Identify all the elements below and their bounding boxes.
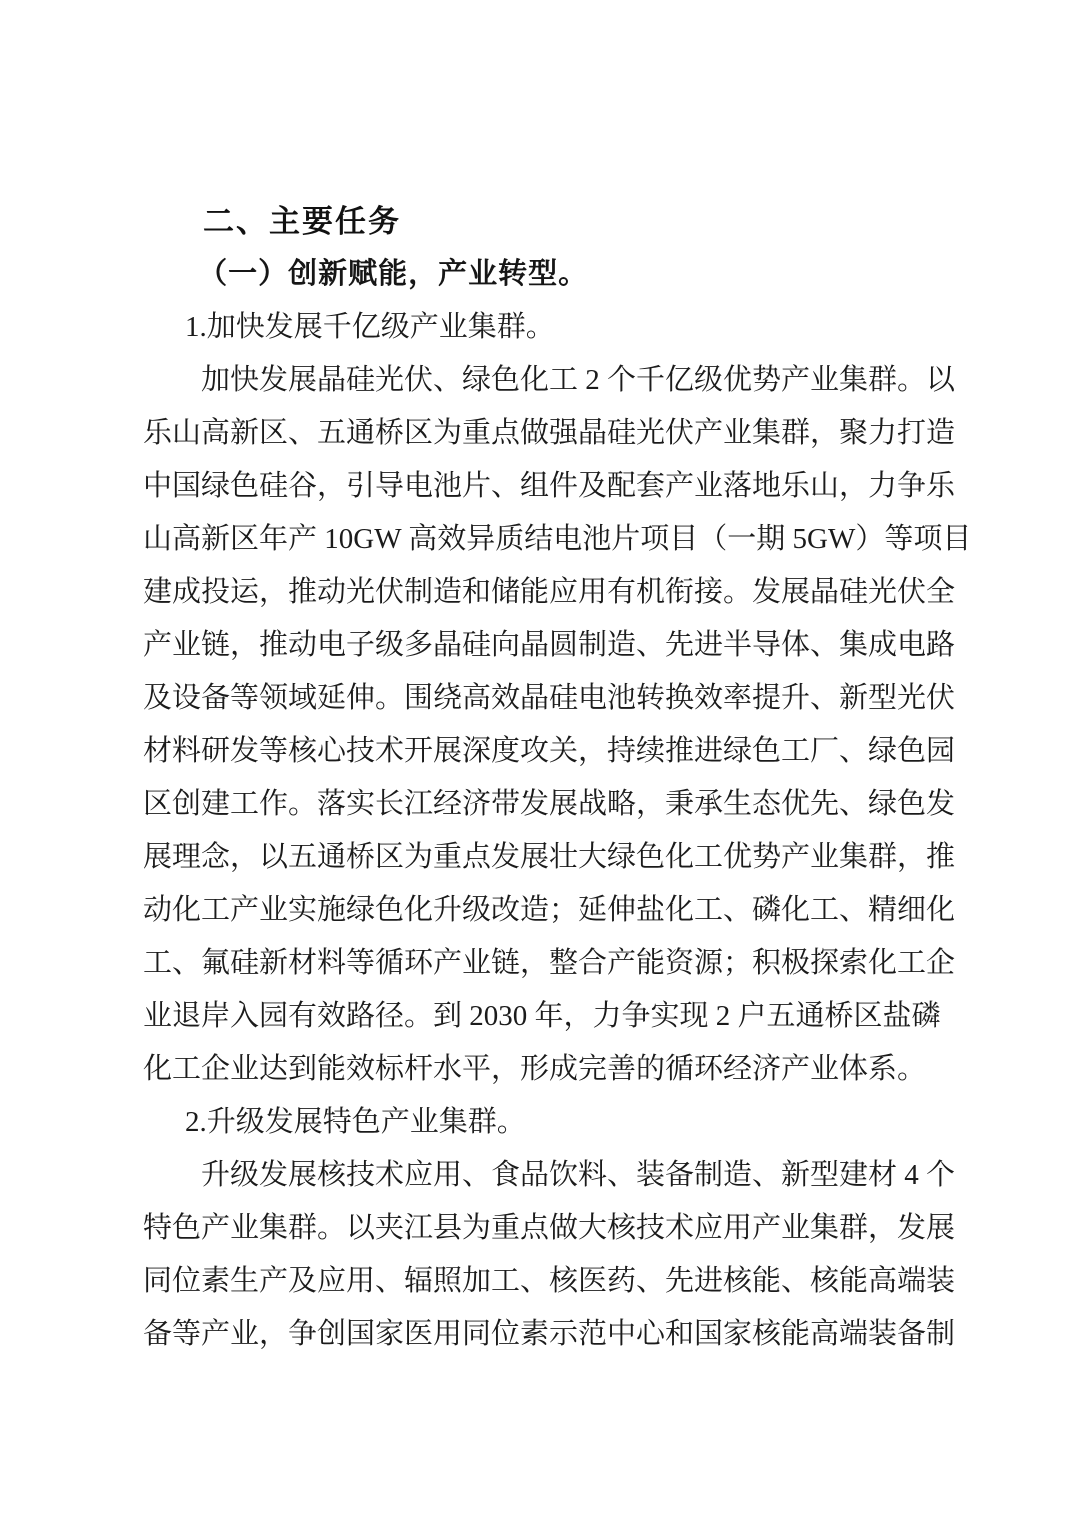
text-line: 升级发展核技术应用、食品饮料、装备制造、新型建材 4 个 — [143, 1149, 960, 1202]
text-line: 产业链，推动电子级多晶硅向晶圆制造、先进半导体、集成电路 — [143, 619, 960, 672]
paragraph-2: 升级发展核技术应用、食品饮料、装备制造、新型建材 4 个特色产业集群。以夹江县为… — [143, 1149, 960, 1361]
document-page: 二、主要任务 （一）创新赋能，产业转型。 1.加快发展千亿级产业集群。 加快发展… — [0, 0, 1080, 1527]
text-line: 备等产业，争创国家医用同位素示范中心和国家核能高端装备制 — [143, 1308, 960, 1361]
section-heading: 二、主要任务 — [143, 195, 960, 248]
text-line: 工、氟硅新材料等循环产业链，整合产能资源；积极探索化工企 — [143, 937, 960, 990]
paragraph-1: 加快发展晶硅光伏、绿色化工 2 个千亿级优势产业集群。以乐山高新区、五通桥区为重… — [143, 354, 960, 1096]
text-line: 展理念，以五通桥区为重点发展壮大绿色化工优势产业集群，推 — [143, 831, 960, 884]
text-line: 中国绿色硅谷，引导电池片、组件及配套产业落地乐山，力争乐 — [143, 460, 960, 513]
text-line: 山高新区年产 10GW 高效异质结电池片项目（一期 5GW）等项目 — [143, 513, 960, 566]
numbered-heading-2: 2.升级发展特色产业集群。 — [143, 1096, 960, 1149]
text-line: 乐山高新区、五通桥区为重点做强晶硅光伏产业集群，聚力打造 — [143, 407, 960, 460]
subsection-heading: （一）创新赋能，产业转型。 — [143, 248, 960, 301]
text-line: 材料研发等核心技术开展深度攻关，持续推进绿色工厂、绿色园 — [143, 725, 960, 778]
text-line: 及设备等领域延伸。围绕高效晶硅电池转换效率提升、新型光伏 — [143, 672, 960, 725]
numbered-heading-1: 1.加快发展千亿级产业集群。 — [143, 301, 960, 354]
text-line: 特色产业集群。以夹江县为重点做大核技术应用产业集群，发展 — [143, 1202, 960, 1255]
text-line: 化工企业达到能效标杆水平，形成完善的循环经济产业体系。 — [143, 1043, 960, 1096]
text-line: 区创建工作。落实长江经济带发展战略，秉承生态优先、绿色发 — [143, 778, 960, 831]
text-line: 建成投运，推动光伏制造和储能应用有机衔接。发展晶硅光伏全 — [143, 566, 960, 619]
text-line: 加快发展晶硅光伏、绿色化工 2 个千亿级优势产业集群。以 — [143, 354, 960, 407]
text-line: 动化工产业实施绿色化升级改造；延伸盐化工、磷化工、精细化 — [143, 884, 960, 937]
text-line: 业退岸入园有效路径。到 2030 年，力争实现 2 户五通桥区盐磷 — [143, 990, 960, 1043]
text-line: 同位素生产及应用、辐照加工、核医药、先进核能、核能高端装 — [143, 1255, 960, 1308]
